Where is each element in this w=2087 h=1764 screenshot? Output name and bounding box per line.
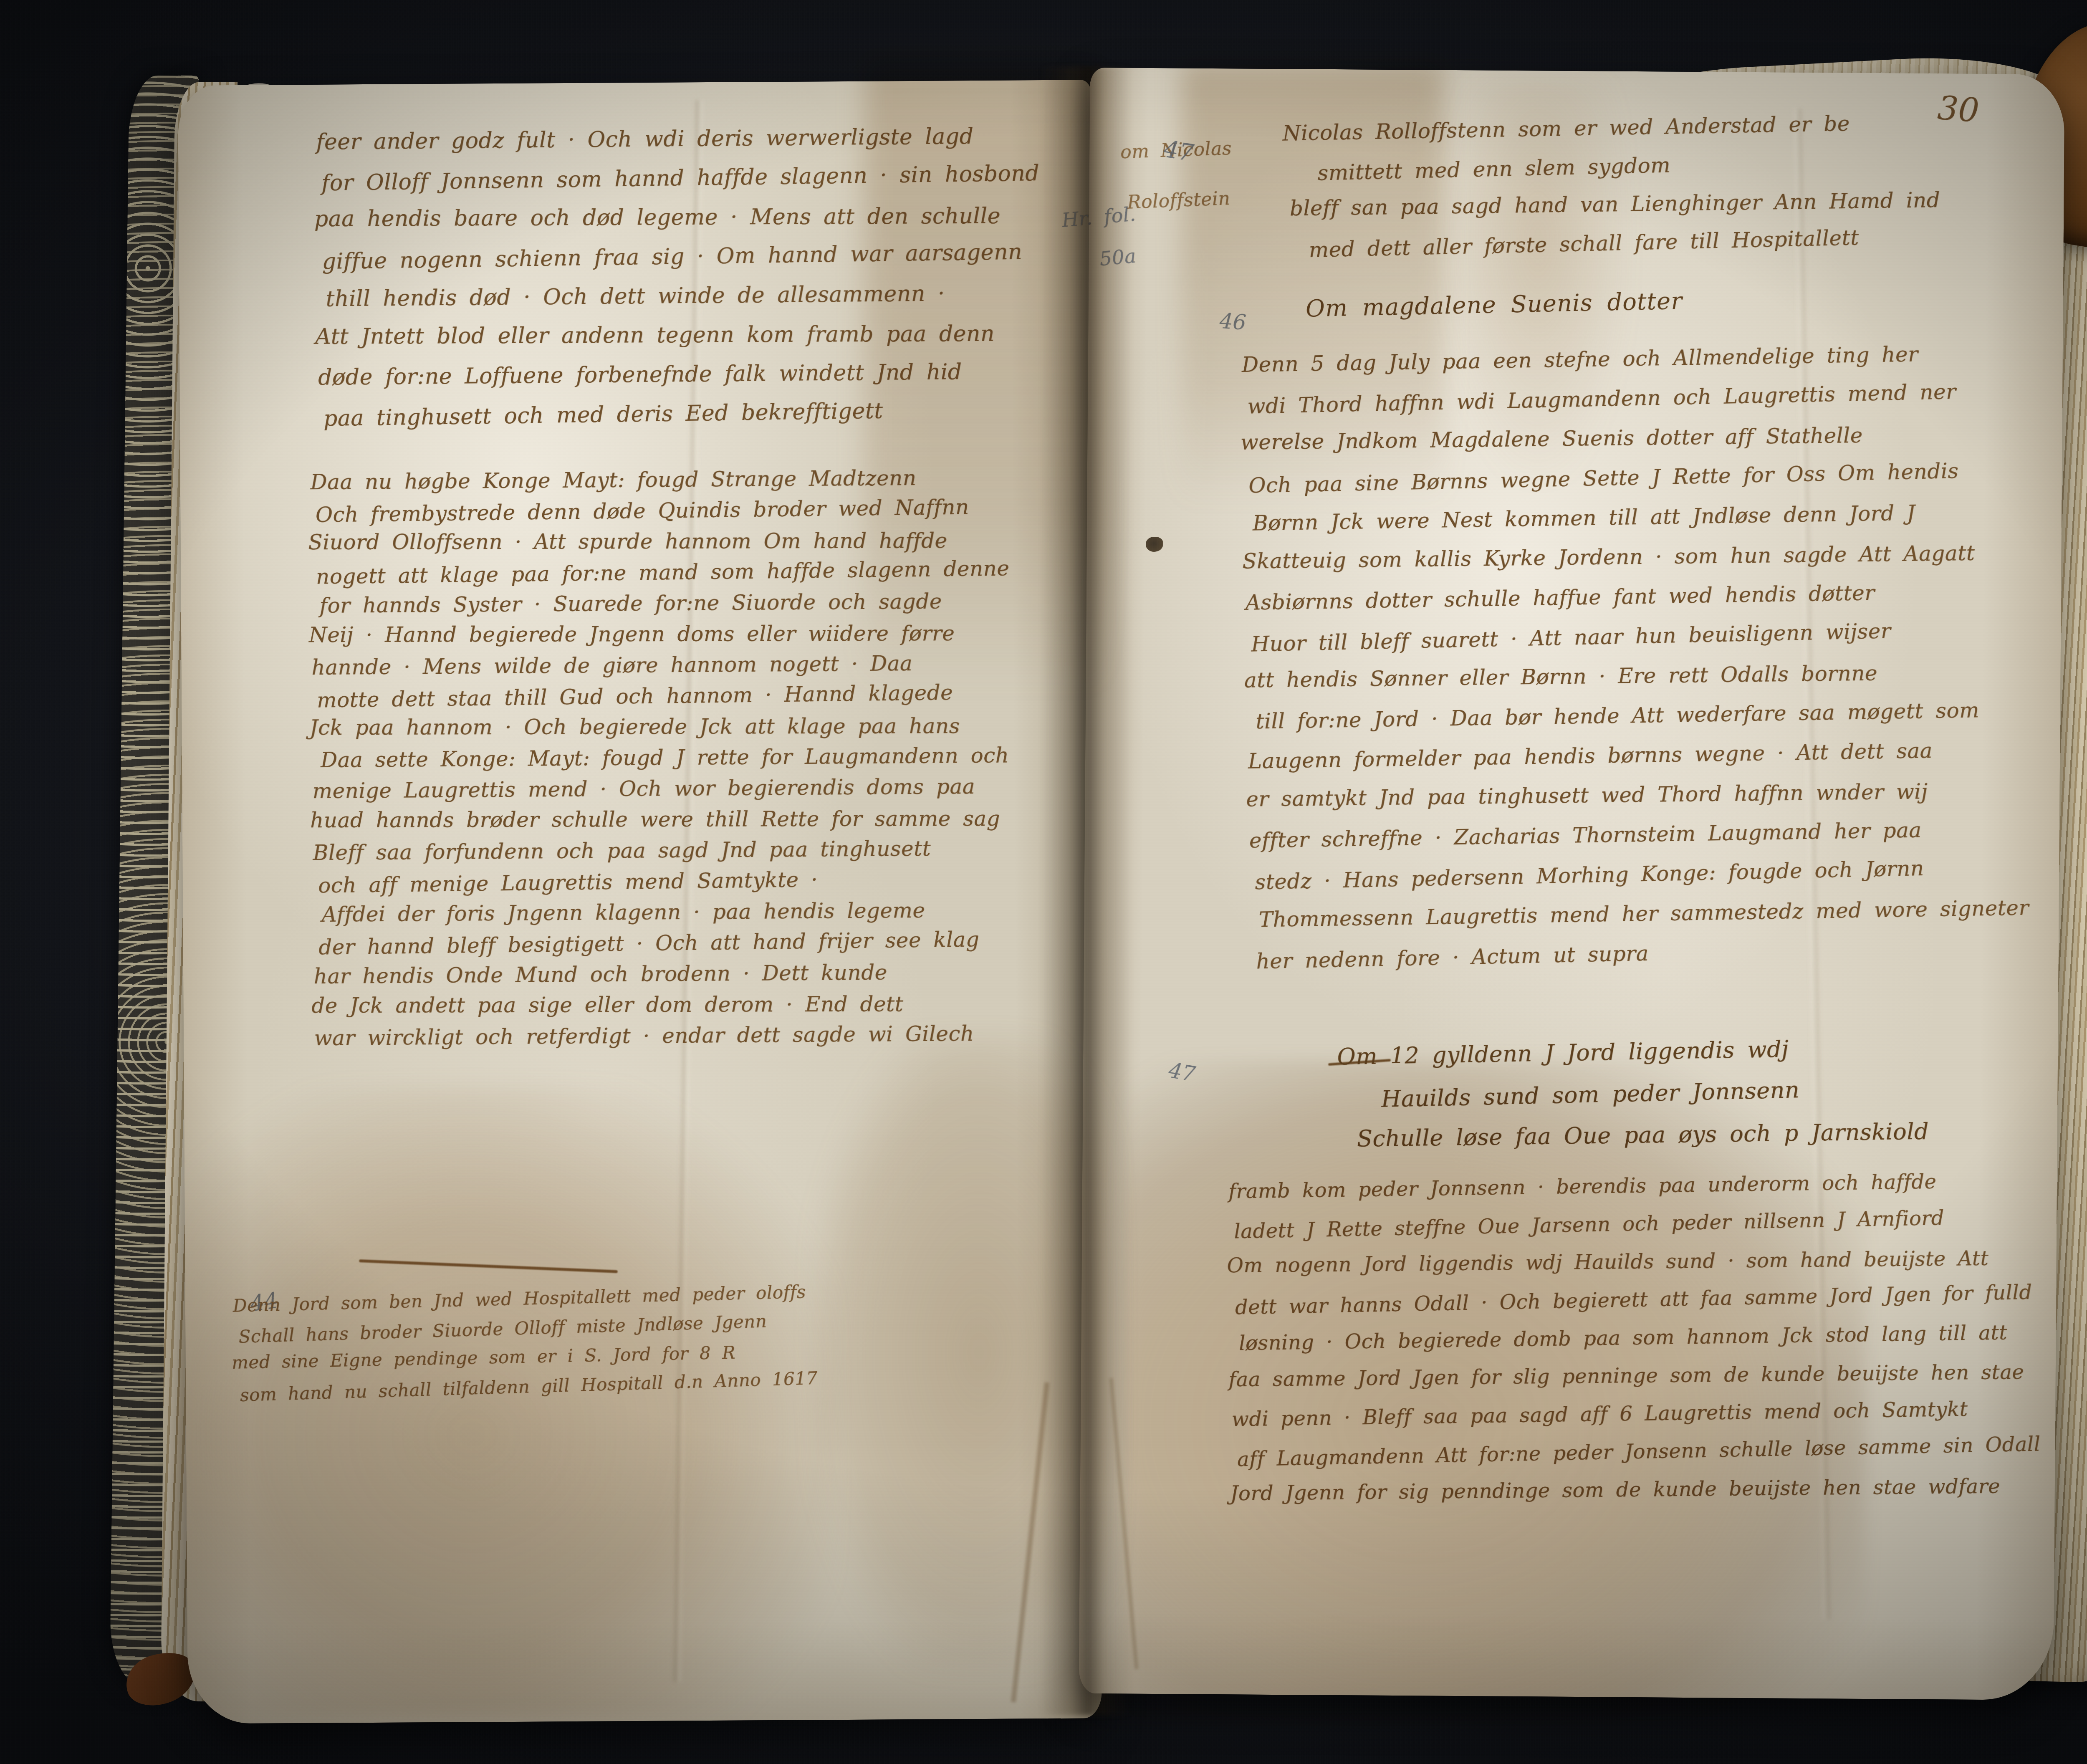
- handwritten-line: thill hendis død · Och dett winde de all…: [326, 273, 1061, 318]
- handwritten-line: Att Jntett blod eller andenn tegenn kom …: [315, 314, 1050, 356]
- pencil-entry-number-46: 46: [1219, 309, 1247, 335]
- handwritten-line: Neij · Hannd begierede Jngenn doms eller…: [309, 618, 1052, 651]
- handwritten-line: de Jck andett paa sige eller dom derom ·…: [311, 988, 1054, 1021]
- handwritten-line: om Nicolas: [1119, 121, 1296, 178]
- left-page-footnote: Denn Jord som ben Jnd wed Hospitallett m…: [232, 1273, 978, 1408]
- pencil-entry-number-47b: 47: [1167, 1058, 1197, 1087]
- handwritten-line: for hannds Syster · Suarede for:ne Siuor…: [319, 585, 1062, 621]
- handwritten-line: huad hannds brøder schulle were thill Re…: [310, 803, 1053, 836]
- handwritten-line: Daa sette Konge: Mayt: fougd J rette for…: [321, 740, 1064, 776]
- handwritten-line: Roloffstein: [1126, 171, 1303, 228]
- pencil-entry-number-47: 47: [1162, 136, 1195, 167]
- handwritten-line: Schulle løse faa Oue paa øys och p Jarns…: [1357, 1111, 1929, 1160]
- entry-gylden-heading: Om 12 gylldenn J Jord liggendis wdjHauil…: [1337, 1026, 1931, 1162]
- handwritten-line: paa tinghusett och med deris Eed bekreff…: [323, 389, 1058, 439]
- entry-gylden-lines: framb kom peder Jonnsenn · berendis paa …: [1228, 1161, 2051, 1514]
- manuscript-photo-stage: feer ander godz fult · Och wdi deris wer…: [0, 0, 2087, 1764]
- handwritten-line: for Olloff Jonnsenn som hannd haffde sla…: [321, 154, 1056, 203]
- handwritten-line: menige Laugrettis mend · Och wor begiere…: [312, 771, 1055, 806]
- entry-magdalene-lines: Denn 5 dag July paa een stefne och Allme…: [1241, 333, 2044, 980]
- gutter-fold-shadow: [1040, 67, 1132, 1716]
- handwritten-line: har hendis Onde Mund och brodenn · Dett …: [313, 956, 1056, 992]
- left-page-paragraph-1: feer ander godz fult · Och wdi deris wer…: [316, 116, 1053, 436]
- handwritten-line: paa hendis baare och død legeme · Mens a…: [314, 196, 1049, 239]
- left-page-paragraph-2: Daa nu høgbe Konge Mayt: fougd Strange M…: [310, 462, 1057, 1054]
- handwritten-line: war wirckligt och retferdigt · endar det…: [314, 1018, 1057, 1054]
- handwritten-line: Jck paa hannom · Och begierede Jck att k…: [309, 710, 1052, 743]
- margin-note-nicolas: om NicolasRoloffstein: [1119, 121, 1298, 228]
- handwritten-line: Jord Jgenn for sig penndinge som de kund…: [1230, 1467, 2049, 1513]
- entry-nicolas-lines: Nicolas Rolloffstenn som er wed Andersta…: [1282, 101, 2036, 268]
- handwritten-line: Siuord Olloffsenn · Att spurde hannom Om…: [308, 525, 1051, 558]
